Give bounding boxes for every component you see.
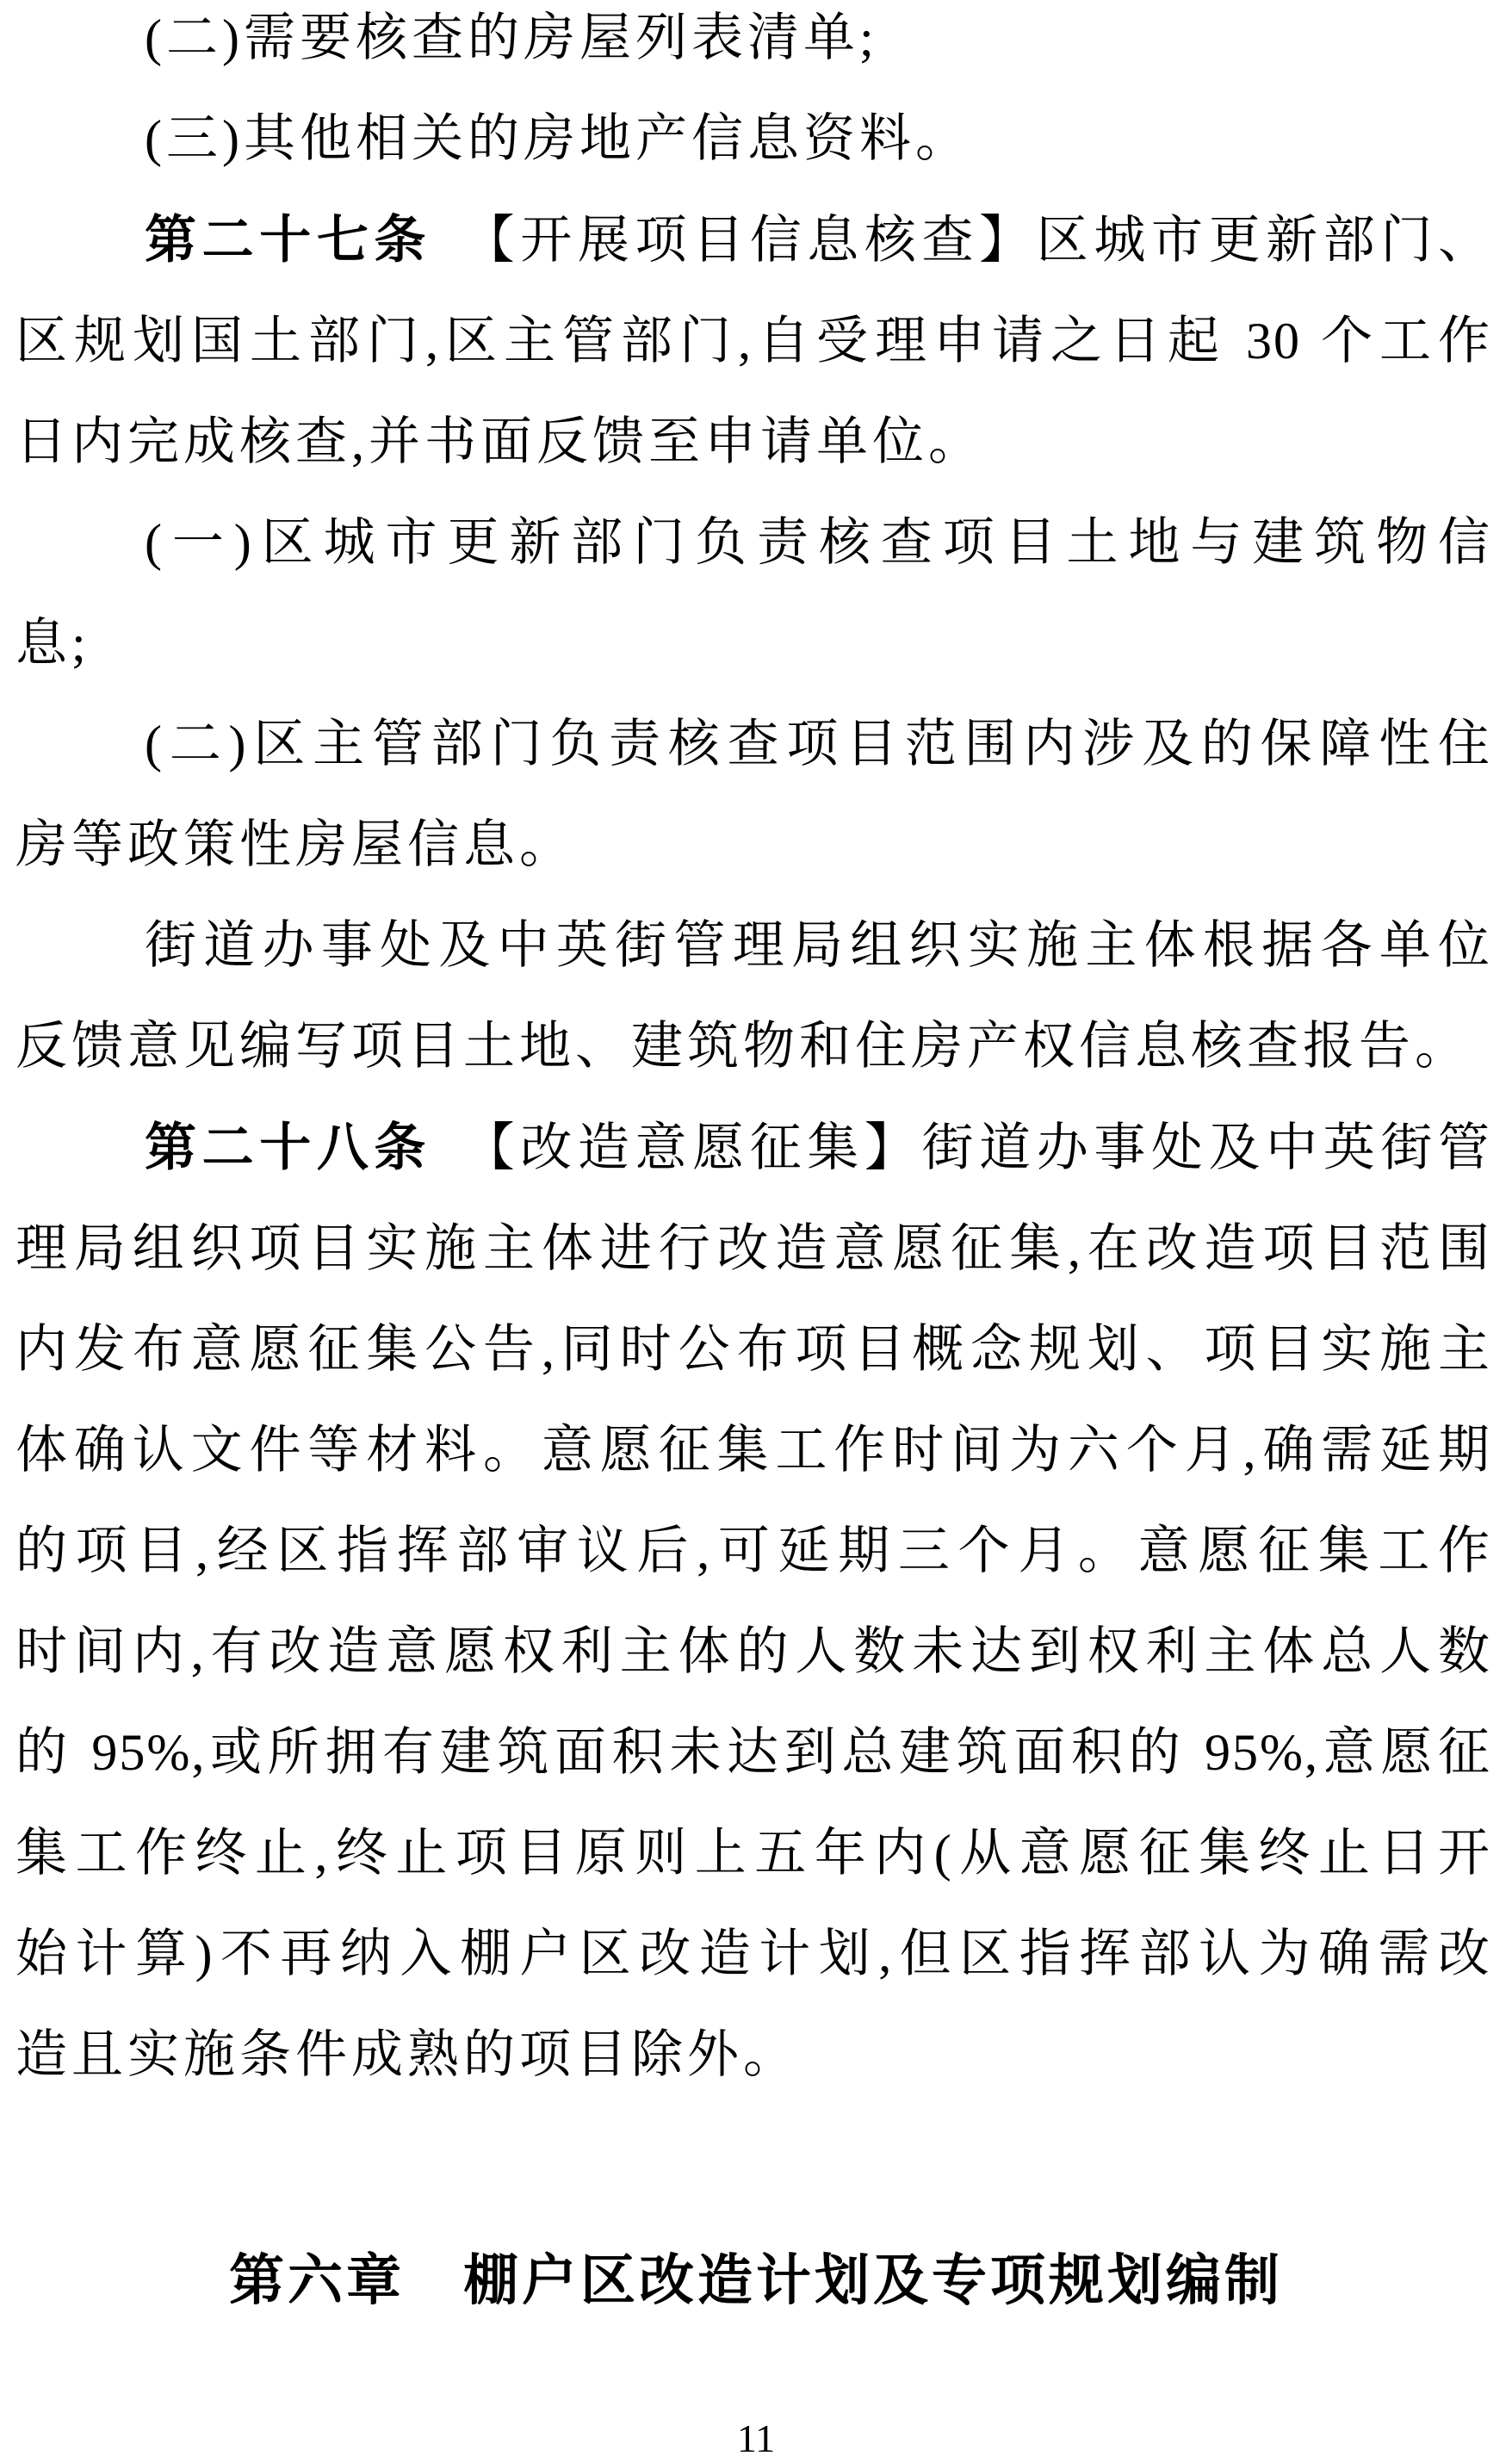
text-run: (二)需要核查的房屋列表清单; <box>145 9 878 66</box>
text-run: 街道办事处及中英街管理局组织实施主体根据各单位 <box>145 917 1491 974</box>
text-line: 时间内,有改造意愿权利主体的人数未达到权利主体总人数 <box>15 1602 1491 1702</box>
text-line: 日内完成核查,并书面反馈至申请单位。 <box>15 392 1491 493</box>
text-line: 房等政策性房屋信息。 <box>15 795 1491 896</box>
text-run: 集工作终止,终止项目原则上五年内(从意愿征集终止日开 <box>15 1825 1491 1882</box>
article-number: 第二十七条 <box>145 211 431 269</box>
text-run: 区规划国土部门,区主管部门,自受理申请之日起 30 个工作 <box>15 313 1491 369</box>
text-run: 始计算)不再纳入棚户区改造计划,但区指挥部认为确需改 <box>15 1926 1491 1982</box>
text-run: 反馈意见编写项目土地、建筑物和住房产权信息核查报告。 <box>15 1018 1471 1075</box>
text-line: 反馈意见编写项目土地、建筑物和住房产权信息核查报告。 <box>15 996 1491 1097</box>
text-line: (二)需要核查的房屋列表清单; <box>15 0 1491 89</box>
text-run: (二)区主管部门负责核查项目范围内涉及的保障性住 <box>145 716 1491 772</box>
article-number: 第二十八条 <box>145 1119 431 1176</box>
document-body: (二)需要核查的房屋列表清单;(三)其他相关的房地产信息资料。第二十七条 【开展… <box>0 0 1512 2105</box>
text-line: 第二十七条 【开展项目信息核查】区城市更新部门、 <box>15 189 1491 291</box>
text-run: 造且实施条件成熟的项目除外。 <box>15 2026 799 2083</box>
text-run: 体确认文件等材料。意愿征集工作时间为六个月,确需延期 <box>15 1422 1491 1479</box>
text-line: 内发布意愿征集公告,同时公布项目概念规划、项目实施主 <box>15 1299 1491 1400</box>
page-number: 11 <box>0 2417 1512 2460</box>
text-line: (二)区主管部门负责核查项目范围内涉及的保障性住 <box>15 694 1491 795</box>
document-page: (二)需要核查的房屋列表清单;(三)其他相关的房地产信息资料。第二十七条 【开展… <box>0 0 1512 2462</box>
text-line: (三)其他相关的房地产信息资料。 <box>15 89 1491 189</box>
text-run: 日内完成核查,并书面反馈至申请单位。 <box>15 413 984 470</box>
text-line: 第二十八条 【改造意愿征集】街道办事处及中英街管 <box>15 1097 1491 1199</box>
text-line: (一)区城市更新部门负责核查项目土地与建筑物信 <box>15 493 1491 593</box>
text-line: 始计算)不再纳入棚户区改造计划,但区指挥部认为确需改 <box>15 1904 1491 2005</box>
text-run: 理局组织项目实施主体进行改造意愿征集,在改造项目范围 <box>15 1220 1491 1277</box>
text-run: 【改造意愿征集】街道办事处及中英街管 <box>431 1119 1491 1176</box>
text-line: 区规划国土部门,区主管部门,自受理申请之日起 30 个工作 <box>15 291 1491 392</box>
text-run: 时间内,有改造意愿权利主体的人数未达到权利主体总人数 <box>15 1623 1491 1680</box>
text-run: 内发布意愿征集公告,同时公布项目概念规划、项目实施主 <box>15 1321 1491 1378</box>
text-line: 理局组织项目实施主体进行改造意愿征集,在改造项目范围 <box>15 1199 1491 1299</box>
text-line: 街道办事处及中英街管理局组织实施主体根据各单位 <box>15 896 1491 996</box>
text-run: 房等政策性房屋信息。 <box>15 816 575 873</box>
text-line: 的项目,经区指挥部审议后,可延期三个月。意愿征集工作 <box>15 1501 1491 1602</box>
chapter-heading: 第六章 棚户区改造计划及专项规划编制 <box>0 2230 1512 2331</box>
text-run: 的 95%,或所拥有建筑面积未达到总建筑面积的 95%,意愿征 <box>15 1724 1491 1781</box>
text-run: 【开展项目信息核查】区城市更新部门、 <box>431 212 1491 269</box>
text-run: 的项目,经区指挥部审议后,可延期三个月。意愿征集工作 <box>15 1522 1491 1579</box>
text-run: 息; <box>15 615 90 672</box>
text-line: 的 95%,或所拥有建筑面积未达到总建筑面积的 95%,意愿征 <box>15 1702 1491 1803</box>
text-line: 造且实施条件成熟的项目除外。 <box>15 2005 1491 2105</box>
text-run: (一)区城市更新部门负责核查项目土地与建筑物信 <box>145 514 1491 571</box>
text-line: 体确认文件等材料。意愿征集工作时间为六个月,确需延期 <box>15 1400 1491 1501</box>
text-line: 息; <box>15 593 1491 694</box>
text-line: 集工作终止,终止项目原则上五年内(从意愿征集终止日开 <box>15 1803 1491 1904</box>
text-run: (三)其他相关的房地产信息资料。 <box>145 110 971 167</box>
